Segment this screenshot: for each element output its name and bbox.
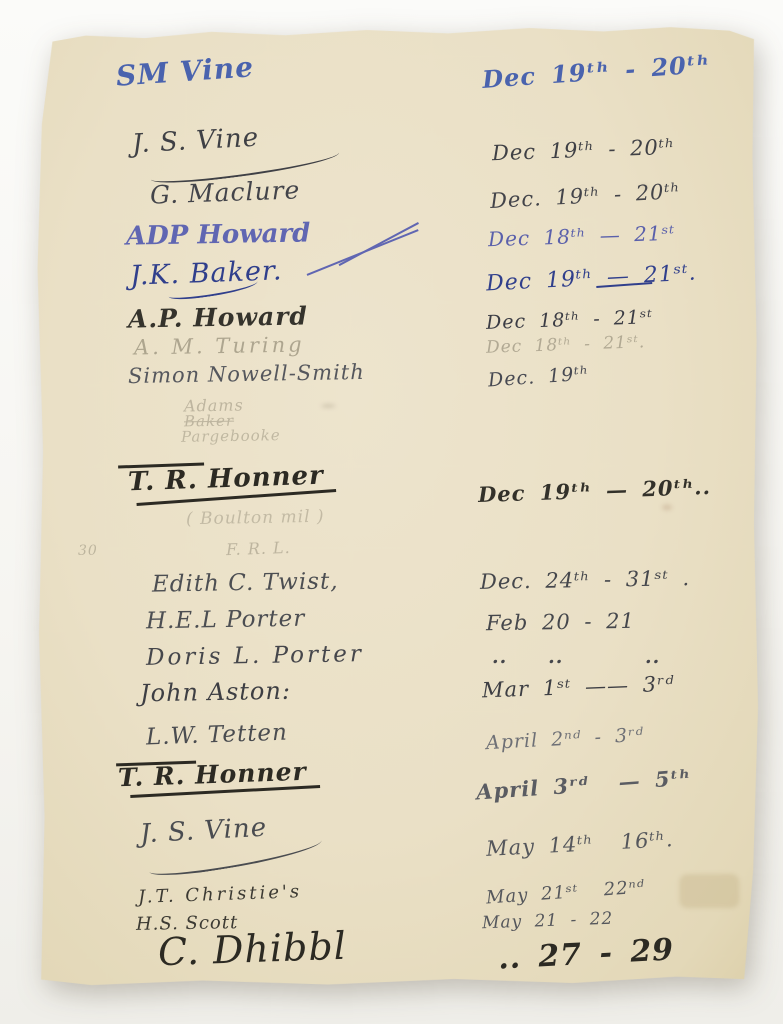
paper-stain [662,504,672,510]
stay-dates: Feb 20 - 21 [486,611,635,635]
pencil-initials: F. R. L. [226,540,291,558]
paper-stain [679,874,739,908]
signature: Simon Nowell-Smith [128,362,365,387]
signature: ADP Howard [126,220,311,249]
stay-dates: .. 27 - 29 [497,935,675,974]
signature-turing: A. M. Turing [134,335,305,359]
paper-stain [321,404,335,407]
stay-dates: Dec 18ᵗʰ — 21ˢᵗ [488,223,676,250]
pencil-note: ( Boulton mil ) [186,509,325,528]
signature: C. Dhibbl [157,927,347,972]
signature: J. S. Vine [131,125,259,158]
stay-dates: Dec. 24ᵗʰ - 31ˢᵗ . [480,568,690,593]
signature: A.P. Howard [128,303,308,331]
left-margin-note: 30 [78,544,98,558]
pencil-name: Pargebooke [181,428,281,445]
photograph-backdrop: SM Vine J. S. Vine G. Maclure ADP Howard… [0,0,783,1024]
signature: H.E.L Porter [146,608,306,634]
stay-dates: May 21 - 22 [482,911,614,933]
signature: Doris L. Porter [146,643,364,670]
signature: Edith C. Twist, [152,570,339,596]
signature: L.W. Tetten [146,722,289,750]
ditto-marks: .. .. .. [492,648,660,667]
signature: John Aston: [140,679,291,706]
